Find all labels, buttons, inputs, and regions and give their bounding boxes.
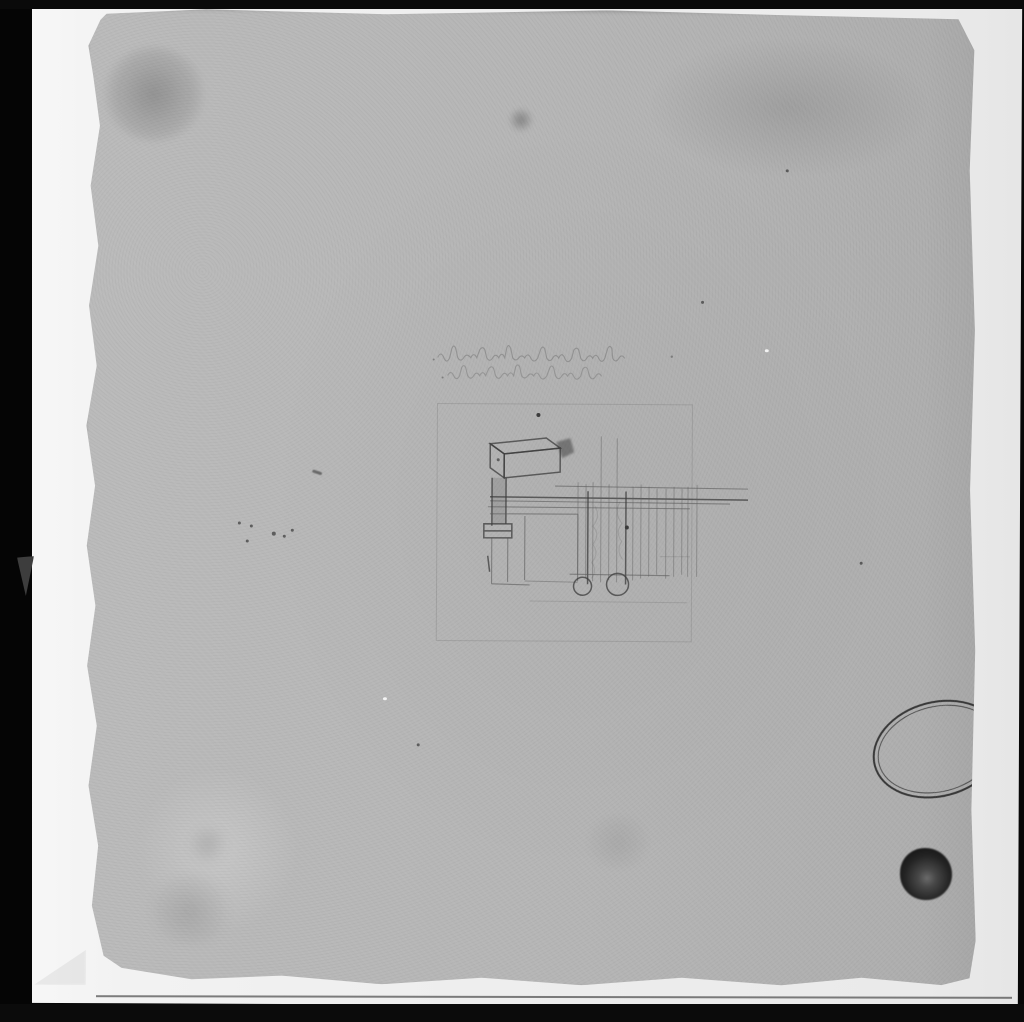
film-rebate-left [0,0,32,1022]
ink-dash [312,469,322,475]
film-wedge-marker-icon [17,556,34,596]
academy-stamp [862,686,989,812]
inscription-l1-dots [242,914,338,915]
stamp-inner-oval [868,692,989,806]
small-stain [507,108,535,132]
bottom-inscription-line-1 [242,890,338,922]
mirror-script-inscription [426,335,676,390]
manuscript-paper [81,6,988,993]
film-rebate-bottom [0,1004,1024,1022]
smudge-bottom-left-2 [186,824,230,864]
foxing-stain-top-left [102,46,207,143]
archival-photograph [0,0,1024,1022]
smudge-bottom-left [144,874,236,946]
film-rebate-top [0,0,1024,9]
grayscale-step-wedge [620,1004,1024,1022]
seal-spot [900,848,952,900]
backing-fold [34,941,86,985]
bottom-inscription-line-2 [273,930,391,963]
smudge-bottom-center [580,816,656,868]
machine-sketch [429,395,762,649]
